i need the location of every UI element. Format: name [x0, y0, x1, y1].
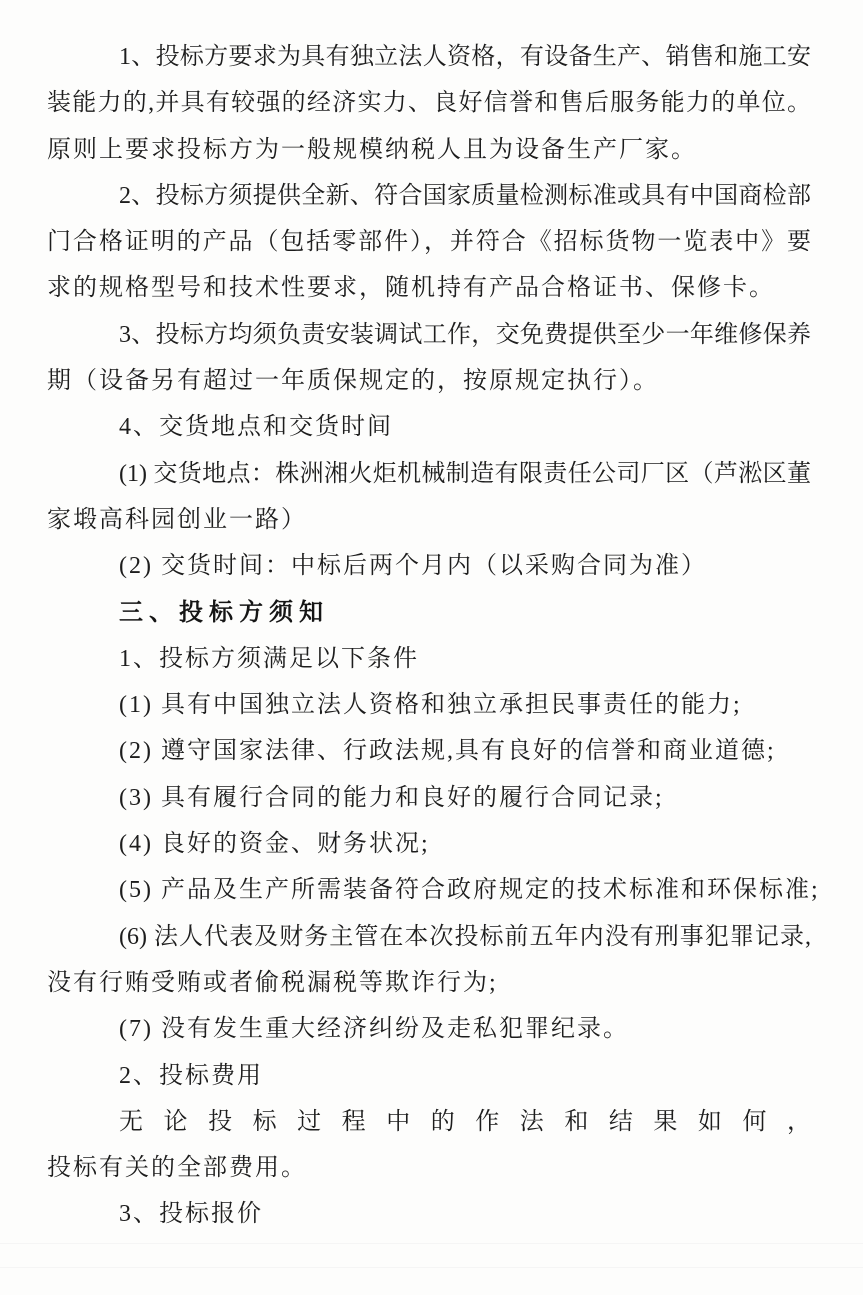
document-line: 投标有关的全部费用。	[47, 1145, 811, 1191]
document-line: (1) 交货地点：株洲湘火炬机械制造有限责任公司厂区（芦淞区董	[47, 451, 811, 497]
document-line: 门合格证明的产品（包括零部件），并符合《招标货物一览表中》要	[47, 219, 811, 265]
section-heading: 三、投标方须知	[47, 590, 811, 636]
document-line: (7) 没有发生重大经济纠纷及走私犯罪纪录。	[47, 1006, 811, 1052]
document-line: 家塅高科园创业一路）	[47, 497, 811, 543]
document-line: 1、投标方须满足以下条件	[47, 636, 811, 682]
document-line: 装能力的,并具有较强的经济实力、良好信誉和售后服务能力的单位。	[47, 80, 811, 126]
document-line: 原则上要求投标方为一般规模纳税人且为设备生产厂家。	[47, 127, 811, 173]
document-line: 1、投标方要求为具有独立法人资格，有设备生产、销售和施工安	[47, 34, 811, 80]
document-line: 2、投标方须提供全新、符合国家质量检测标准或具有中国商检部	[47, 173, 811, 219]
document-body: 1、投标方要求为具有独立法人资格，有设备生产、销售和施工安装能力的,并具有较强的…	[47, 34, 811, 1238]
document-line: (6) 法人代表及财务主管在本次投标前五年内没有刑事犯罪记录,	[47, 914, 811, 960]
document-line: (2) 遵守国家法律、行政法规,具有良好的信誉和商业道德;	[47, 728, 811, 774]
document-line: (4) 良好的资金、财务状况;	[47, 821, 811, 867]
document-line: 求的规格型号和技术性要求，随机持有产品合格证书、保修卡。	[47, 265, 811, 311]
document-line: (5) 产品及生产所需装备符合政府规定的技术标准和环保标准;	[47, 867, 811, 913]
document-line: 3、投标报价	[47, 1191, 811, 1237]
scan-artifact-line	[0, 1243, 863, 1244]
document-line: 4、交货地点和交货时间	[47, 404, 811, 450]
document-line: 3、投标方均须负责安装调试工作，交免费提供至少一年维修保养	[47, 312, 811, 358]
document-line: 无论投标过程中的作法和结果如何，投标方自行承担所有与参加、	[47, 1099, 811, 1145]
document-line: (3) 具有履行合同的能力和良好的履行合同记录;	[47, 775, 811, 821]
document-line: (1) 具有中国独立法人资格和独立承担民事责任的能力;	[47, 682, 811, 728]
scan-artifact-line	[0, 1267, 863, 1268]
document-line: 没有行贿受贿或者偷税漏税等欺诈行为;	[47, 960, 811, 1006]
document-line: (2) 交货时间：中标后两个月内（以采购合同为准）	[47, 543, 811, 589]
document-line: 期（设备另有超过一年质保规定的，按原规定执行）。	[47, 358, 811, 404]
document-page: 1、投标方要求为具有独立法人资格，有设备生产、销售和施工安装能力的,并具有较强的…	[0, 0, 863, 1295]
document-line: 2、投标费用	[47, 1053, 811, 1099]
